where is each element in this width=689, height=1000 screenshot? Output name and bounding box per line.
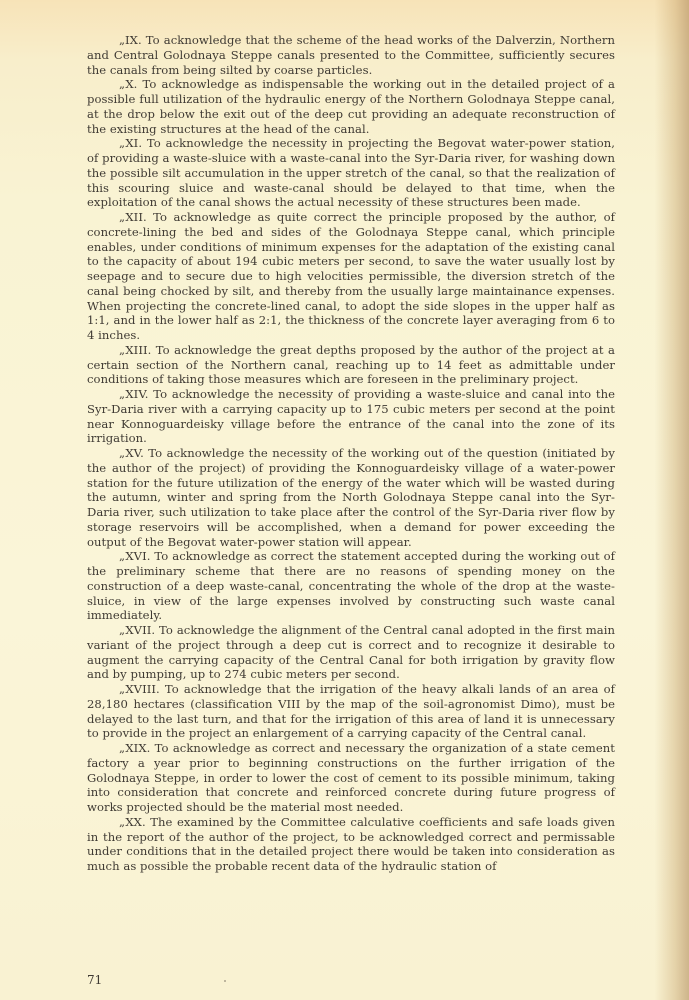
paragraph-xi: „XI. To acknowledge the necessity in pro… bbox=[87, 136, 615, 210]
document-page: „IX. To acknowledge that the scheme of t… bbox=[0, 0, 689, 1000]
paragraph-x: „X. To acknowledge as indispensable the … bbox=[87, 77, 615, 136]
paragraph-xii: „XII. To acknowledge as quite correct th… bbox=[87, 210, 615, 343]
paragraph-xvii: „XVII. To acknowledge the alignment of t… bbox=[87, 623, 615, 682]
paragraph-xiii: „XIII. To acknowledge the great depths p… bbox=[87, 343, 615, 387]
paragraph-xviii: „XVIII. To acknowledge that the irrigati… bbox=[87, 682, 615, 741]
body-text: „IX. To acknowledge that the scheme of t… bbox=[87, 33, 615, 874]
paragraph-xx: „XX. The examined by the Committee calcu… bbox=[87, 815, 615, 874]
paragraph-xvi: „XVI. To acknowledge as correct the stat… bbox=[87, 549, 615, 623]
paragraph-xiv: „XIV. To acknowledge the necessity of pr… bbox=[87, 387, 615, 446]
paragraph-xv: „XV. To acknowledge the necessity of the… bbox=[87, 446, 615, 549]
paper-speck bbox=[224, 980, 226, 982]
paragraph-ix: „IX. To acknowledge that the scheme of t… bbox=[87, 33, 615, 77]
paragraph-xix: „XIX. To acknowledge as correct and nece… bbox=[87, 741, 615, 815]
page-number: 71 bbox=[87, 973, 102, 987]
